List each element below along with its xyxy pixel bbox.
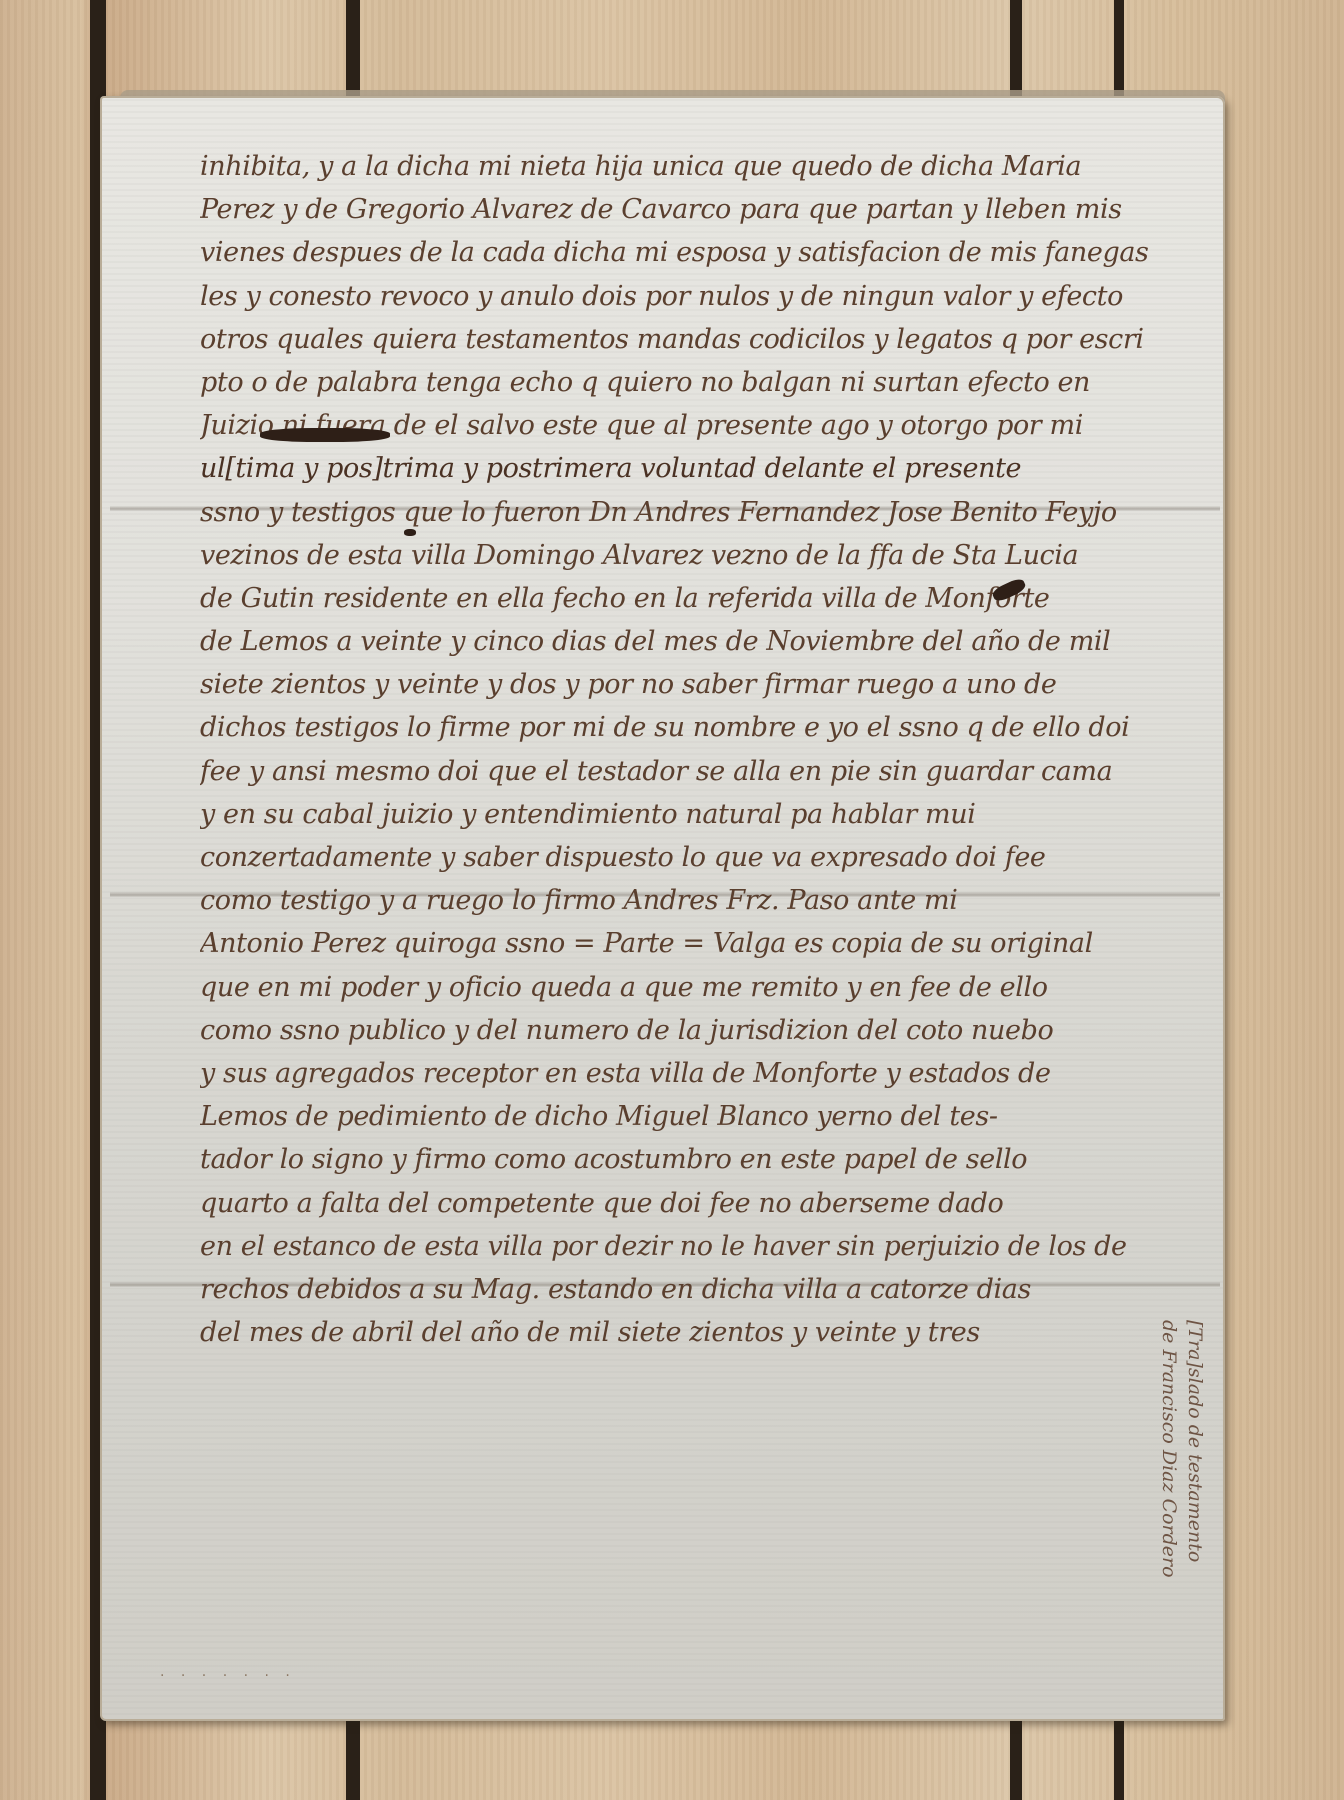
manuscript-line: conzertadamente y saber dispuesto lo que… <box>200 836 1200 879</box>
margin-note-line: de Francisco Diaz Cordero <box>1158 1320 1180 1578</box>
manuscript-line: ssno y testigos que lo fueron Dn Andres … <box>200 491 1200 534</box>
manuscript-line: como ssno publico y del numero de la jur… <box>200 1009 1200 1052</box>
manuscript-line: inhibita, y a la dicha mi nieta hija uni… <box>200 145 1200 188</box>
margin-note-line: [Tra]slado de testamento <box>1184 1320 1206 1562</box>
manuscript-line: vezinos de esta villa Domingo Alvarez ve… <box>200 534 1200 577</box>
manuscript-line: y en su cabal juizio y entendimiento nat… <box>200 793 1200 836</box>
manuscript-line: Lemos de pedimiento de dicho Miguel Blan… <box>200 1095 1200 1138</box>
manuscript-line: otros quales quiera testamentos mandas c… <box>200 318 1200 361</box>
ink-strikethrough-blot <box>260 428 390 442</box>
manuscript-line: les y conesto revoco y anulo dois por nu… <box>200 275 1200 318</box>
manuscript-line: tador lo signo y firmo como acostumbro e… <box>200 1138 1200 1181</box>
manuscript-line: en el estanco de esta villa por dezir no… <box>200 1225 1200 1268</box>
manuscript-text: inhibita, y a la dicha mi nieta hija uni… <box>200 145 1200 1354</box>
manuscript-line: fee y ansi mesmo doi que el testador se … <box>200 750 1200 793</box>
manuscript-line: rechos debidos a su Mag. estando en dich… <box>200 1268 1200 1311</box>
manuscript-line: ul[tima y pos]trima y postrimera volunta… <box>200 447 1200 490</box>
bleed-through-marks: · · · · · · · <box>160 1668 296 1684</box>
manuscript-line: del mes de abril del año de mil siete zi… <box>200 1311 1200 1354</box>
manuscript-line: vienes despues de la cada dicha mi espos… <box>200 231 1200 274</box>
manuscript-line: de Lemos a veinte y cinco dias del mes d… <box>200 620 1200 663</box>
manuscript-line: Perez y de Gregorio Alvarez de Cavarco p… <box>200 188 1200 231</box>
manuscript-line: de Gutin residente en ella fecho en la r… <box>200 577 1200 620</box>
manuscript-line: siete zientos y veinte y dos y por no sa… <box>200 663 1200 706</box>
manuscript-line: como testigo y a ruego lo firmo Andres F… <box>200 879 1200 922</box>
manuscript-line: que en mi poder y oficio queda a que me … <box>200 966 1200 1009</box>
manuscript-line: pto o de palabra tenga echo q quiero no … <box>200 361 1200 404</box>
margin-note: [Tra]slado de testamento de Francisco Di… <box>1148 1320 1218 1700</box>
manuscript-line: y sus agregados receptor en esta villa d… <box>200 1052 1200 1095</box>
ink-blot <box>404 529 416 536</box>
manuscript-line: dichos testigos lo firme por mi de su no… <box>200 706 1200 749</box>
manuscript-line: Antonio Perez quiroga ssno = Parte = Val… <box>200 922 1200 965</box>
manuscript-line: quarto a falta del competente que doi fe… <box>200 1182 1200 1225</box>
